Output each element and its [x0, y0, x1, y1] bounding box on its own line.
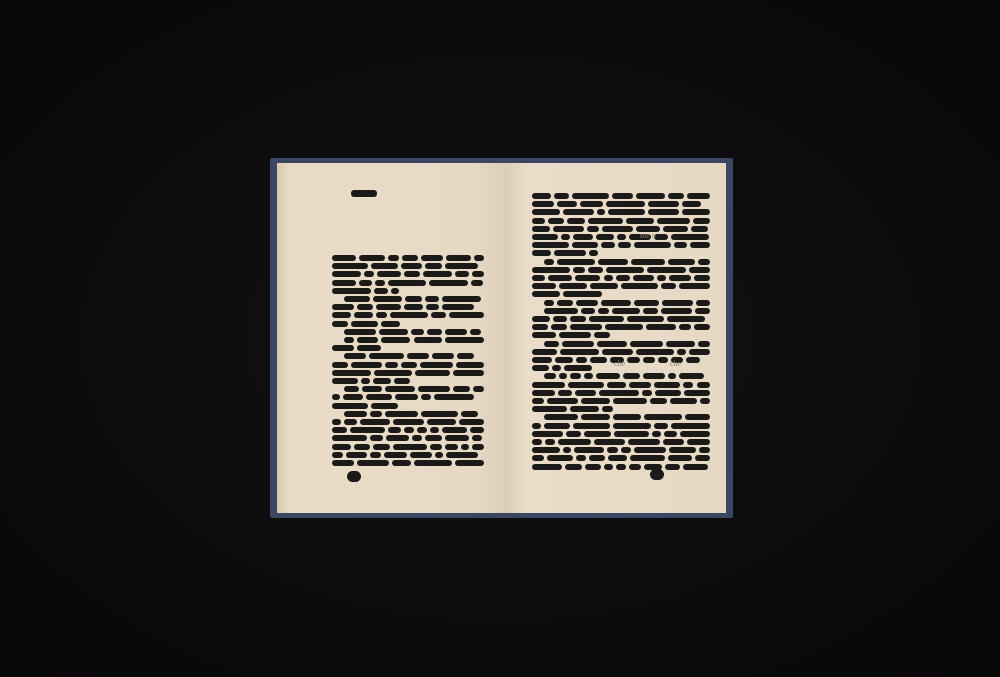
redaction-bar	[654, 382, 680, 388]
redaction-bar	[614, 431, 649, 437]
redaction-bar	[332, 362, 348, 368]
redaction-bar	[669, 447, 696, 453]
redaction-bar	[558, 390, 572, 396]
redaction-bar	[420, 362, 453, 368]
redaction-bar	[655, 390, 681, 396]
redaction-bar	[646, 324, 676, 330]
redaction-bar	[332, 419, 341, 425]
redaction-bar	[612, 308, 639, 314]
redaction-bar	[545, 439, 555, 445]
redaction-bar	[576, 300, 598, 306]
redaction-bar	[613, 423, 650, 429]
redaction-bar	[532, 226, 550, 232]
redaction-bar	[634, 447, 666, 453]
redaction-bar	[567, 218, 585, 224]
redaction-bar	[371, 403, 398, 409]
redaction-bar	[570, 324, 602, 330]
redaction-bar	[544, 300, 554, 306]
redaction-bar	[627, 357, 641, 363]
redaction-bar	[606, 201, 644, 207]
redaction-bar	[532, 398, 544, 404]
redaction-bar	[581, 414, 610, 420]
redaction-bar	[689, 267, 710, 273]
redaction-bar	[584, 431, 611, 437]
redaction-bar	[332, 288, 371, 294]
redaction-bar	[532, 406, 567, 412]
redaction-bar	[636, 193, 665, 199]
redaction-bar	[332, 271, 361, 277]
redaction-bar	[410, 452, 431, 458]
redaction-bar	[621, 283, 657, 289]
redaction-bar	[695, 308, 710, 314]
redaction-bar	[421, 255, 443, 261]
redaction-bar	[589, 455, 605, 461]
redaction-bar	[388, 255, 400, 261]
redaction-bar	[601, 242, 615, 248]
redaction-bar	[555, 357, 573, 363]
redaction-bar	[685, 414, 710, 420]
redaction-bar	[658, 357, 669, 363]
redaction-bar	[602, 226, 633, 232]
redaction-bar	[332, 312, 351, 318]
redaction-bar	[570, 316, 586, 322]
redaction-bar	[679, 324, 692, 330]
redaction-bar	[679, 283, 710, 289]
redaction-bar	[351, 321, 378, 327]
redaction-bar	[344, 329, 376, 335]
redaction-bar	[344, 337, 354, 343]
redaction-bar	[544, 414, 578, 420]
redaction-bar	[570, 406, 599, 412]
redaction-bar	[602, 406, 613, 412]
redaction-bar	[554, 193, 569, 199]
redacted-heading	[351, 190, 377, 197]
redaction-bar	[557, 259, 595, 265]
redaction-bar	[666, 341, 696, 347]
redaction-bar	[379, 329, 408, 335]
redaction-bar	[667, 316, 705, 322]
redaction-bar	[418, 386, 450, 392]
redaction-bar	[446, 452, 478, 458]
redaction-bar	[562, 341, 594, 347]
redaction-bar	[573, 423, 610, 429]
redaction-bar	[425, 435, 442, 441]
redaction-bar	[565, 464, 582, 470]
redaction-bar	[648, 209, 679, 215]
redaction-bar	[563, 209, 593, 215]
redaction-bar	[532, 242, 569, 248]
redaction-bar	[643, 373, 665, 379]
redaction-bar	[697, 382, 710, 388]
redaction-bar	[385, 386, 415, 392]
redaction-bar	[663, 439, 684, 445]
redaction-bar	[559, 283, 587, 289]
redaction-bar	[394, 378, 411, 384]
redaction-bar	[532, 267, 570, 273]
redaction-bar	[427, 419, 456, 425]
redaction-bar	[564, 365, 592, 371]
redaction-bar	[621, 447, 631, 453]
redaction-bar	[566, 431, 581, 437]
redaction-bar	[455, 271, 468, 277]
redaction-bar	[657, 275, 666, 281]
redaction-bar	[532, 357, 552, 363]
redaction-bar	[442, 427, 467, 433]
redaction-bar	[547, 398, 578, 404]
redaction-bar	[629, 382, 651, 388]
redaction-bar	[598, 308, 609, 314]
redaction-bar	[594, 439, 626, 445]
redaction-bar	[532, 447, 560, 453]
redaction-bar	[471, 280, 483, 286]
redaction-bar	[392, 460, 411, 466]
redaction-bar	[445, 435, 469, 441]
redaction-bar	[332, 378, 358, 384]
redaction-bar	[376, 312, 387, 318]
redaction-bar	[401, 362, 418, 368]
redaction-bar	[390, 312, 428, 318]
redaction-bar	[445, 337, 484, 343]
redaction-bar	[607, 382, 626, 388]
redaction-bar	[391, 288, 399, 294]
redaction-bar	[687, 439, 710, 445]
redaction-bar	[608, 455, 628, 461]
redaction-bar	[532, 365, 549, 371]
redaction-bar	[427, 329, 442, 335]
redaction-bar	[596, 373, 621, 379]
redaction-bar	[572, 193, 610, 199]
redaction-bar	[332, 370, 371, 376]
redaction-bar	[373, 444, 390, 450]
redaction-bar	[332, 280, 356, 286]
redaction-bar	[648, 201, 679, 207]
redaction-bar	[617, 234, 626, 240]
redaction-bar	[432, 353, 454, 359]
redaction-bar	[435, 452, 443, 458]
redaction-bar	[618, 242, 632, 248]
redaction-bar	[402, 255, 418, 261]
redaction-bar	[532, 382, 565, 388]
redaction-bar	[616, 275, 630, 281]
redaction-bar	[407, 353, 429, 359]
redaction-bar	[574, 447, 603, 453]
redaction-bar	[691, 226, 708, 232]
redaction-bar	[573, 267, 585, 273]
redaction-bar	[388, 280, 426, 286]
redaction-bar	[404, 427, 413, 433]
redaction-bar	[453, 386, 470, 392]
redaction-bar	[393, 419, 423, 425]
redaction-bar	[364, 271, 374, 277]
visible-word: che	[614, 359, 625, 368]
redaction-bar	[544, 308, 578, 314]
redaction-bar	[344, 419, 357, 425]
redaction-bar	[442, 304, 475, 310]
redaction-bar	[623, 373, 639, 379]
redaction-bar	[532, 464, 562, 470]
redaction-bar	[332, 345, 354, 351]
redaction-bar	[429, 280, 468, 286]
redaction-bar	[588, 267, 603, 273]
redaction-bar	[634, 242, 670, 248]
redaction-bar	[362, 386, 383, 392]
redaction-bar	[581, 398, 610, 404]
redaction-bar	[572, 242, 598, 248]
redaction-bar	[694, 324, 710, 330]
redaction-bar	[608, 209, 645, 215]
redaction-bar	[388, 427, 401, 433]
redaction-bar	[616, 464, 626, 470]
redaction-bar	[700, 398, 710, 404]
redaction-bar	[590, 283, 618, 289]
redaction-bar	[532, 431, 563, 437]
redaction-bar	[604, 275, 614, 281]
redaction-bar	[456, 362, 484, 368]
redaction-bar	[332, 255, 356, 261]
redaction-bar	[631, 259, 665, 265]
redaction-bar	[370, 435, 383, 441]
redaction-bar	[598, 259, 628, 265]
redaction-bar	[532, 275, 545, 281]
redaction-bar	[604, 464, 614, 470]
redaction-bar	[344, 353, 366, 359]
redaction-bar	[693, 218, 710, 224]
redaction-bar	[351, 362, 383, 368]
redaction-bar	[425, 296, 438, 302]
redaction-bar	[671, 234, 709, 240]
redaction-bar	[374, 288, 388, 294]
redaction-bar	[366, 394, 393, 400]
redaction-bar	[470, 329, 481, 335]
redaction-bar	[370, 452, 381, 458]
redaction-bar	[354, 444, 369, 450]
redaction-bar	[575, 275, 600, 281]
redaction-bar	[654, 423, 668, 429]
redaction-bar	[596, 234, 614, 240]
redaction-bar	[532, 209, 560, 215]
redaction-bar	[414, 337, 443, 343]
redaction-bar	[357, 345, 381, 351]
redaction-bar	[628, 439, 660, 445]
redaction-bar	[532, 201, 554, 207]
redaction-bar	[548, 218, 564, 224]
redaction-bar	[594, 332, 611, 338]
redaction-bar	[412, 435, 422, 441]
redaction-bar	[674, 242, 688, 248]
redaction-bar	[344, 386, 359, 392]
redaction-bar	[386, 435, 410, 441]
open-book: me o che che	[270, 158, 733, 518]
redaction-bar	[670, 398, 697, 404]
redaction-bar	[532, 423, 541, 429]
redaction-bar	[664, 431, 677, 437]
redaction-bar	[570, 373, 581, 379]
visible-word: me o	[640, 231, 656, 240]
redaction-bar	[613, 398, 647, 404]
redaction-bar	[683, 382, 694, 388]
redaction-bar	[548, 275, 572, 281]
redaction-bar	[369, 353, 404, 359]
redaction-bar	[696, 300, 710, 306]
redaction-bar	[668, 373, 676, 379]
redaction-bar	[576, 357, 587, 363]
redaction-bar	[532, 291, 560, 297]
redaction-bar	[626, 218, 654, 224]
redaction-bar	[532, 234, 558, 240]
redaction-bar	[344, 296, 370, 302]
redaction-bar	[532, 390, 555, 396]
redaction-bar	[431, 312, 447, 318]
redaction-bar	[343, 394, 363, 400]
redaction-bar	[426, 304, 439, 310]
redaction-bar	[576, 455, 586, 461]
redaction-bar	[601, 300, 631, 306]
redaction-bar	[376, 304, 402, 310]
redaction-bar	[393, 444, 426, 450]
redaction-bar	[599, 390, 639, 396]
redaction-bar	[359, 255, 385, 261]
redaction-bar	[457, 353, 473, 359]
redaction-bar	[584, 373, 593, 379]
redaction-bar	[662, 300, 693, 306]
redaction-bar	[385, 411, 418, 417]
redaction-bar	[445, 444, 458, 450]
redaction-bar	[532, 218, 545, 224]
redaction-bar	[652, 431, 661, 437]
redaction-bar	[423, 271, 453, 277]
redaction-bar	[687, 193, 710, 199]
redaction-bar	[532, 455, 544, 461]
redaction-bar	[344, 411, 367, 417]
redaction-bar	[381, 337, 411, 343]
redaction-bar	[374, 370, 412, 376]
redaction-bar	[404, 271, 420, 277]
redaction-bar	[679, 373, 704, 379]
redaction-bar	[384, 452, 407, 458]
redaction-bar	[684, 390, 710, 396]
redaction-bar	[370, 411, 382, 417]
redaction-bar	[588, 218, 623, 224]
redaction-bar	[547, 455, 573, 461]
redaction-bar	[411, 329, 423, 335]
redaction-bar	[581, 308, 594, 314]
redaction-bar	[361, 378, 370, 384]
redaction-bar	[449, 312, 484, 318]
redaction-bar	[654, 234, 668, 240]
redaction-bar	[359, 280, 373, 286]
redaction-bar	[332, 435, 367, 441]
redaction-bar	[597, 209, 606, 215]
redaction-bar	[560, 349, 599, 355]
redaction-bar	[332, 394, 340, 400]
redaction-bar	[682, 209, 710, 215]
redaction-bar	[689, 349, 710, 355]
redaction-bar	[332, 460, 354, 466]
redaction-bar	[575, 390, 596, 396]
redaction-bar	[627, 316, 663, 322]
redaction-bar	[434, 394, 474, 400]
left-page	[277, 163, 505, 513]
redaction-bar	[668, 455, 692, 461]
redaction-bar	[354, 312, 373, 318]
redaction-bar	[442, 296, 482, 302]
redaction-bar	[414, 460, 452, 466]
redaction-bar	[563, 447, 572, 453]
redaction-bar	[642, 390, 652, 396]
redaction-bar	[669, 275, 691, 281]
redaction-bar	[661, 283, 677, 289]
redaction-bar	[644, 414, 681, 420]
redaction-bar	[371, 263, 398, 269]
redaction-bar	[455, 460, 484, 466]
redaction-bar	[607, 447, 618, 453]
redaction-bar	[446, 255, 470, 261]
redaction-bar	[532, 349, 557, 355]
redaction-bar	[532, 324, 548, 330]
redaction-bar	[695, 455, 710, 461]
redaction-bar	[544, 341, 559, 347]
redaction-bar	[473, 386, 484, 392]
redaction-bar	[629, 464, 641, 470]
redaction-bar	[357, 304, 372, 310]
redaction-bar	[605, 324, 642, 330]
redaction-bar	[453, 370, 484, 376]
redaction-bar	[332, 427, 347, 433]
redaction-bar	[661, 308, 692, 314]
redaction-bar	[573, 234, 593, 240]
redaction-bar	[470, 427, 484, 433]
redaction-bar	[698, 341, 710, 347]
redaction-bar	[665, 464, 680, 470]
redaction-bar	[677, 349, 687, 355]
redaction-bar	[554, 250, 587, 256]
redaction-bar	[647, 267, 685, 273]
redaction-bar	[404, 304, 423, 310]
redaction-bar	[589, 316, 624, 322]
redaction-bar	[532, 332, 556, 338]
redaction-bar	[686, 357, 701, 363]
redaction-bar	[690, 242, 710, 248]
redaction-bar	[559, 373, 567, 379]
redaction-bar	[544, 259, 554, 265]
redaction-bar	[568, 382, 604, 388]
redaction-bar	[373, 378, 391, 384]
redaction-bar	[606, 267, 644, 273]
redaction-bar	[680, 431, 710, 437]
redaction-bar	[425, 263, 442, 269]
redaction-bar	[580, 201, 603, 207]
redaction-bar	[430, 427, 439, 433]
redaction-bar	[682, 201, 702, 207]
redaction-bar	[668, 193, 684, 199]
redaction-bar	[544, 423, 570, 429]
redaction-bar	[557, 300, 573, 306]
redaction-bar	[561, 234, 570, 240]
redaction-bar	[683, 464, 708, 470]
redaction-bar	[350, 427, 385, 433]
redaction-bar	[633, 275, 654, 281]
redaction-bar	[332, 444, 351, 450]
redaction-bar	[585, 464, 600, 470]
redaction-bar	[381, 321, 400, 327]
redaction-bar	[694, 275, 710, 281]
redaction-bar	[532, 316, 550, 322]
redaction-bar	[668, 259, 695, 265]
redaction-bar	[415, 370, 451, 376]
redaction-bar	[332, 321, 348, 327]
redaction-bar	[630, 455, 665, 461]
redaction-bar	[698, 259, 710, 265]
